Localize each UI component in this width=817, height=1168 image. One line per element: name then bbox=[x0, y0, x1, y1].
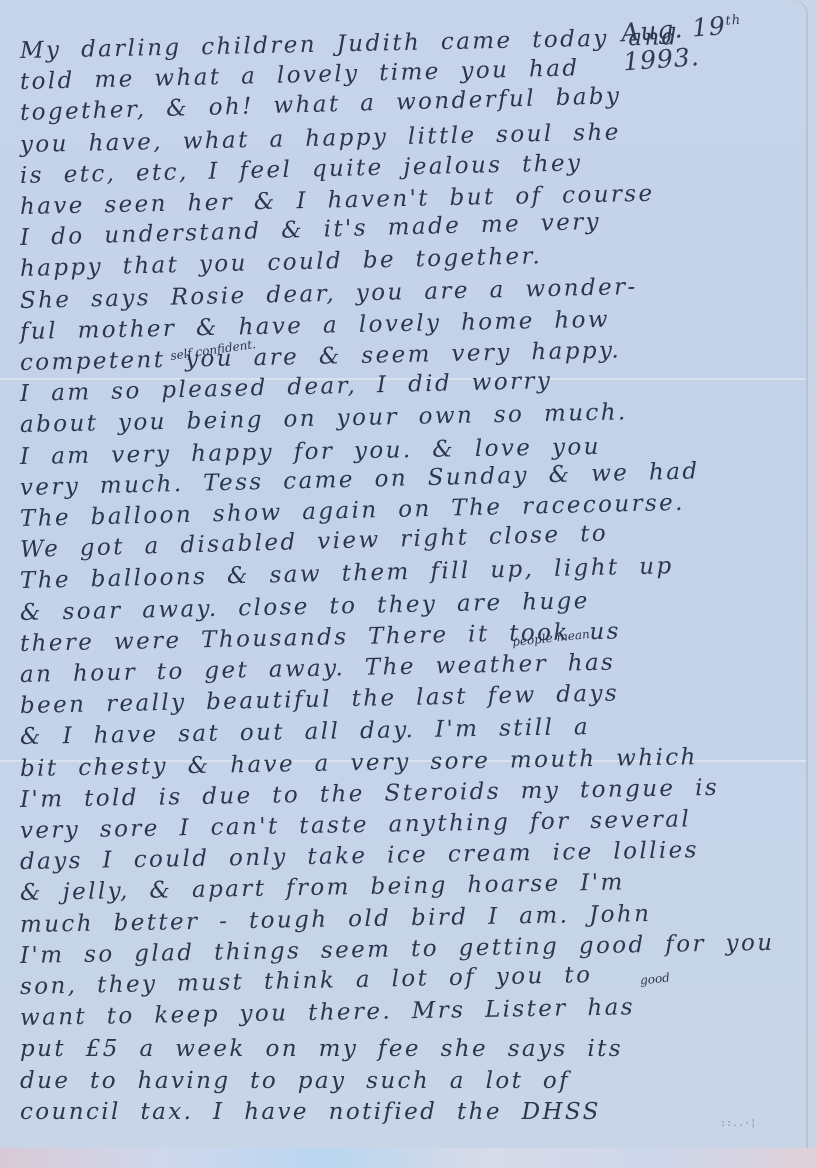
letter-line: son, they must think a lot of you to bbox=[20, 962, 593, 1000]
letter-line: much better - tough old bird I am. John bbox=[20, 901, 652, 938]
letter-line: My darling children Judith came today an… bbox=[20, 24, 679, 64]
paper-stain-marks: ::..·¦ bbox=[720, 1118, 756, 1129]
letter-line: been really beautiful the last few days bbox=[20, 681, 620, 720]
letter-line: put £5 a week on my fee she says its bbox=[20, 1036, 623, 1062]
letter-line: due to having to pay such a lot of bbox=[20, 1068, 570, 1094]
date-suffix: th bbox=[725, 13, 742, 29]
scan-bottom-edge bbox=[0, 1148, 817, 1168]
letter-line: & I have sat out all day. I'm still a bbox=[20, 714, 590, 750]
letter-page: Aug. 19th 1993. My darling children Judi… bbox=[0, 0, 806, 1160]
insertion-good: good bbox=[639, 970, 670, 987]
letter-line: happy that you could be together. bbox=[20, 244, 543, 283]
letter-line: & jelly, & apart from being hoarse I'm bbox=[20, 870, 625, 907]
letter-line: bit chesty & have a very sore mouth whic… bbox=[20, 744, 698, 782]
letter-line: council tax. I have notified the DHSS bbox=[20, 1099, 601, 1125]
letter-line: about you being on your own so much. bbox=[20, 400, 628, 439]
letter-line: want to keep you there. Mrs Lister has bbox=[20, 994, 635, 1031]
